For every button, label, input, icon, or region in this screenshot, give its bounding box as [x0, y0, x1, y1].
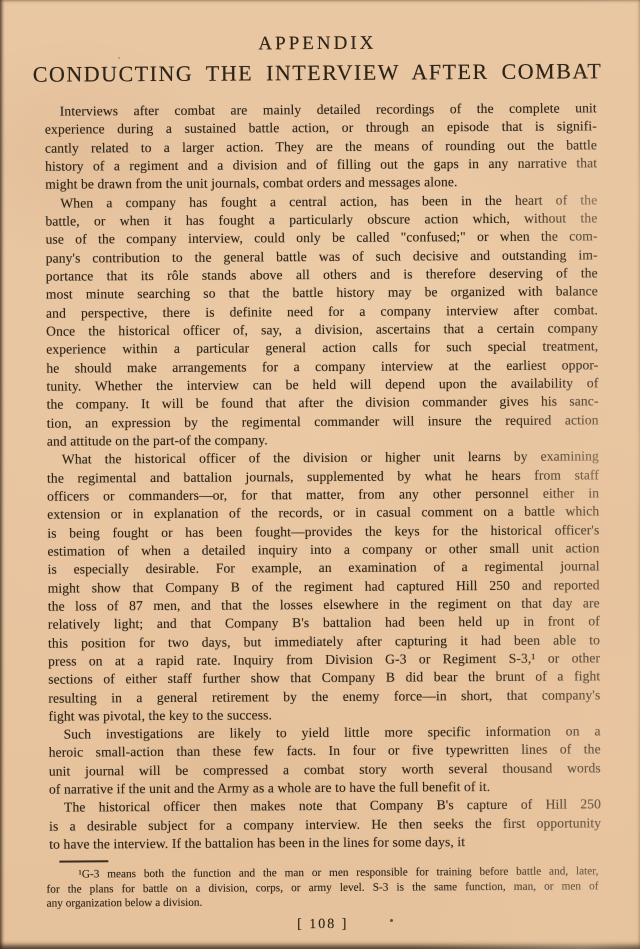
page-body: APPENDIX CONDUCTING THE INTERVIEW AFTER …: [0, 0, 640, 949]
scanned-book-page: APPENDIX CONDUCTING THE INTERVIEW AFTER …: [0, 0, 640, 949]
paragraph: What the historical officer of the divis…: [47, 448, 601, 726]
text-line: any organization below a division.: [47, 894, 599, 912]
appendix-title: APPENDIX: [0, 31, 637, 57]
body-text: Interviews after combat are mainly detai…: [45, 99, 602, 854]
paragraph: The historical officer then makes note t…: [49, 796, 601, 854]
text-line: is a desirable subject for a company int…: [49, 814, 601, 836]
scan-speck: [390, 919, 393, 922]
text-line: tion, an expression by the regimental co…: [47, 411, 599, 433]
paragraph: Such investigations are likely to yield …: [49, 722, 601, 799]
footnote: ¹G-3 means both the function and the man…: [46, 865, 598, 912]
paragraph: Interviews after combat are mainly detai…: [45, 99, 598, 194]
scan-speck: [118, 57, 120, 59]
text-line: unit journal will be compressed a combat…: [49, 759, 601, 781]
paragraph: When a company has fought a central acti…: [45, 191, 599, 451]
page-number: [ 108 ]: [3, 915, 640, 935]
text-line: to have the interview. If the battalion …: [49, 832, 601, 854]
chapter-heading: CONDUCTING THE INTERVIEW AFTER COMBAT: [0, 58, 638, 88]
text-line: resulting in a general retirement by the…: [48, 686, 600, 708]
footnote-divider: [59, 861, 108, 863]
text-line: history of a regiment and a division and…: [45, 154, 597, 176]
